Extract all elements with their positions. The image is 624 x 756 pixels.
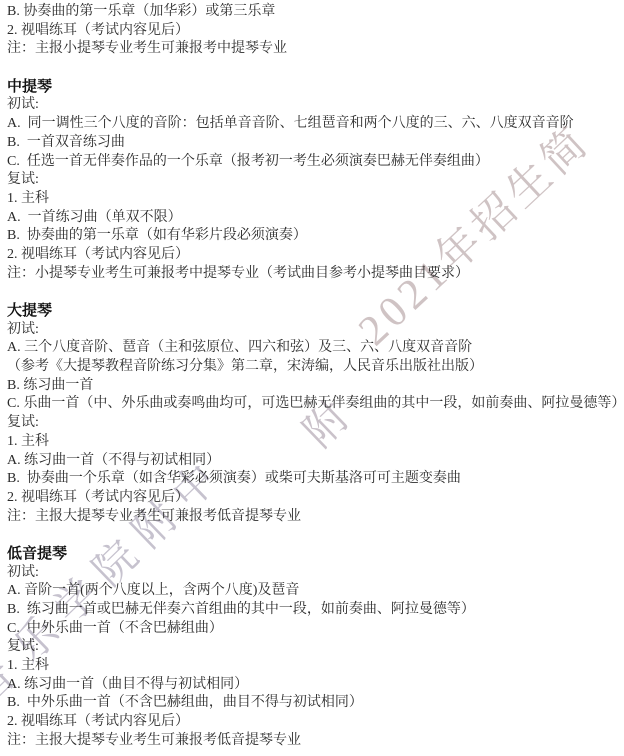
document-page: 音乐学院附中附2021年招生简 B. 协奏曲的第一乐章（加华彩）或第三乐章2. … [0,0,624,756]
text-line: A. 一首练习曲（单双不限） [7,209,624,228]
text-line: 复试: [7,171,624,190]
text-line: （参考《大提琴教程音阶练习分集》第二章，宋涛编，人民音乐出版社出版） [7,358,624,377]
text-line: C. 中外乐曲一首（不含巴赫组曲） [7,620,624,639]
text-line: 复试: [7,638,624,657]
text-line: C. 乐曲一首（中、外乐曲或奏鸣曲均可，可选巴赫无伴奏组曲的其中一段，如前奏曲、… [7,395,624,414]
text-line: B. 协奏曲的第一乐章（加华彩）或第三乐章 [7,3,624,22]
text-line [7,526,624,545]
text-line: B. 中外乐曲一首（不含巴赫组曲，曲目不得与初试相同） [7,694,624,713]
text-line: B. 一首双音练习曲 [7,134,624,153]
text-line: A. 音阶一首(两个八度以上，含两个八度)及琶音 [7,582,624,601]
section-heading: 大提琴 [7,302,624,321]
text-line: A. 三个八度音阶、琶音（主和弦原位、四六和弦）及三、六、八度双音音阶 [7,339,624,358]
text-line: 注：主报小提琴专业考生可兼报考中提琴专业 [7,40,624,59]
section-heading: 低音提琴 [7,545,624,564]
text-line: 注：主报大提琴专业考生可兼报考低音提琴专业 [7,732,624,751]
text-line: 2. 视唱练耳（考试内容见后） [7,489,624,508]
text-line: A. 练习曲一首（曲目不得与初试相同） [7,676,624,695]
text-line: 2. 视唱练耳（考试内容见后） [7,713,624,732]
text-line [7,59,624,78]
text-line: 初试: [7,564,624,583]
text-line: 2. 视唱练耳（考试内容见后） [7,22,624,41]
text-line: B. 协奏曲的第一乐章（如有华彩片段必须演奏） [7,227,624,246]
document-content: B. 协奏曲的第一乐章（加华彩）或第三乐章2. 视唱练耳（考试内容见后）注：主报… [7,3,624,751]
text-line: 注：主报大提琴专业考生可兼报考低音提琴专业 [7,508,624,527]
text-line: 1. 主科 [7,657,624,676]
text-line: 2. 视唱练耳（考试内容见后） [7,246,624,265]
text-line: 1. 主科 [7,433,624,452]
text-line: A. 练习曲一首（不得与初试相同） [7,452,624,471]
text-line: A. 同一调性三个八度的音阶：包括单音音阶、七组琶音和两个八度的三、六、八度双音… [7,115,624,134]
text-line [7,283,624,302]
text-line: 注：小提琴专业考生可兼报考中提琴专业（考试曲目参考小提琴曲目要求） [7,265,624,284]
text-line: B. 练习曲一首 [7,377,624,396]
text-line: 初试: [7,321,624,340]
text-line: B. 练习曲一首或巴赫无伴奏六首组曲的其中一段，如前奏曲、阿拉曼德等） [7,601,624,620]
text-line: 初试: [7,96,624,115]
section-heading: 中提琴 [7,78,624,97]
text-line: 1. 主科 [7,190,624,209]
text-line: 复试: [7,414,624,433]
text-line: B. 协奏曲一个乐章（如含华彩必须演奏）或柴可夫斯基洛可可主题变奏曲 [7,470,624,489]
text-line: C. 任选一首无伴奏作品的一个乐章（报考初一考生必须演奏巴赫无伴奏组曲） [7,153,624,172]
